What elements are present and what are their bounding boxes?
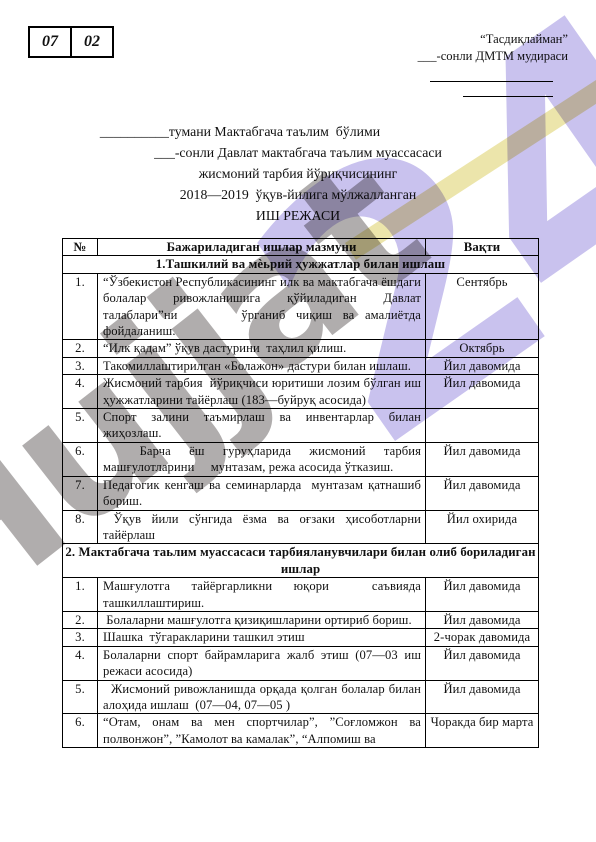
- table-row: 2.“Илк қадам” ўқув дастурини таҳлил қили…: [63, 340, 539, 357]
- row-content: “Ўзбекистон Республикасининг илк ва макт…: [98, 273, 426, 340]
- title-line-institution: ___-сонли Давлат мактабгача таълим муасс…: [0, 142, 596, 163]
- section-header-row: 1.Ташкилий ва мѐьрий ҳужжатлар билан ишл…: [63, 256, 539, 273]
- row-time: Чоракда бир марта: [426, 714, 539, 748]
- table-row: 5.Спорт залини таъмирлаш ва инвентарлар …: [63, 409, 539, 443]
- table-row: 6.“Отам, онам ва мен спортчилар”, ”Соғло…: [63, 714, 539, 748]
- work-plan-table: № Бажариладиган ишлар мазмуни Вақти 1.Та…: [62, 238, 539, 748]
- table-row: 5. Жисмоний ривожланишда орқада қолган б…: [63, 680, 539, 714]
- row-time: Йил давомида: [426, 476, 539, 510]
- row-time: Йил давомида: [426, 680, 539, 714]
- row-content: Болаларни машғулотга қизиқишларини ортир…: [98, 611, 426, 628]
- row-content: Такомиллаштирилган «Болажон» дастури бил…: [98, 357, 426, 374]
- row-number: 3.: [63, 357, 98, 374]
- table-row: 7.Педагогик кенгаш ва семинарларда мунта…: [63, 476, 539, 510]
- row-number: 1.: [63, 578, 98, 612]
- row-number: 4.: [63, 375, 98, 409]
- header-time: Вақти: [426, 239, 539, 256]
- row-number: 2.: [63, 340, 98, 357]
- title-line-year: 2018—2019 ўқув-йилига мўлжалланган: [0, 184, 596, 205]
- table-body: 1.Ташкилий ва мѐьрий ҳужжатлар билан ишл…: [63, 256, 539, 748]
- table-row: 2. Болаларни машғулотга қизиқишларини ор…: [63, 611, 539, 628]
- table-row: 1.“Ўзбекистон Республикасининг илк ва ма…: [63, 273, 539, 340]
- row-time: Йил давомида: [426, 357, 539, 374]
- table-row: 1.Машғулотга тайёргарликни юқори саъвияд…: [63, 578, 539, 612]
- row-content: “Отам, онам ва мен спортчилар”, ”Соғломж…: [98, 714, 426, 748]
- row-content: Жисмоний ривожланишда орқада қолган бола…: [98, 680, 426, 714]
- header-content: Бажариладиган ишлар мазмуни: [98, 239, 426, 256]
- row-content: Болаларни спорт байрамларига жалб этиш (…: [98, 646, 426, 680]
- row-number: 5.: [63, 680, 98, 714]
- document-page: 07 02 “Тасдиқлайман” ___-сонли ДМТМ муди…: [0, 0, 596, 842]
- row-content: Жисмоний тарбия йўриқчиси юритиши лозим …: [98, 375, 426, 409]
- section-header-row: 2. Мактабгача таьлим муассасаси тарбияла…: [63, 544, 539, 578]
- row-number: 8.: [63, 510, 98, 544]
- row-time: [426, 409, 539, 443]
- approval-line-2: ___-сонли ДМТМ мудираси: [418, 48, 568, 65]
- row-number: 5.: [63, 409, 98, 443]
- table-row: 3.Такомиллаштирилган «Болажон» дастури б…: [63, 357, 539, 374]
- signature-line-2: [463, 96, 553, 97]
- header-number: №: [63, 239, 98, 256]
- row-content: Педагогик кенгаш ва семинарларда мунтаза…: [98, 476, 426, 510]
- approval-line-1: “Тасдиқлайман”: [418, 31, 568, 48]
- row-time: Йил давомида: [426, 646, 539, 680]
- row-number: 3.: [63, 629, 98, 646]
- table-row: 6. Барча ёш гуруҳларида жисмоний тарбия …: [63, 442, 539, 476]
- table-row: 8. Ўқув йили сўнгида ёзма ва оғзаки ҳисо…: [63, 510, 539, 544]
- row-time: 2-чорак давомида: [426, 629, 539, 646]
- row-number: 6.: [63, 442, 98, 476]
- document-title-block: __________тумани Мактабгача таълим бўлим…: [0, 121, 596, 226]
- section-title: 1.Ташкилий ва мѐьрий ҳужжатлар билан ишл…: [63, 256, 539, 273]
- row-content: Машғулотга тайёргарликни юқори саъвияда …: [98, 578, 426, 612]
- row-content: “Илк қадам” ўқув дастурини таҳлил қилиш.: [98, 340, 426, 357]
- title-line-instructor: жисмоний тарбия йўриқчисининг: [0, 163, 596, 184]
- row-time: Йил давомида: [426, 375, 539, 409]
- row-number: 1.: [63, 273, 98, 340]
- row-number: 4.: [63, 646, 98, 680]
- row-number: 7.: [63, 476, 98, 510]
- row-number: 6.: [63, 714, 98, 748]
- document-code-box: 07 02: [28, 26, 114, 58]
- row-time: Сентябрь: [426, 273, 539, 340]
- signature-line-1: [430, 81, 553, 82]
- row-time: Йил давомида: [426, 442, 539, 476]
- title-line-district: __________тумани Мактабгача таълим бўлим…: [0, 121, 538, 142]
- row-content: Ўқув йили сўнгида ёзма ва оғзаки ҳисобот…: [98, 510, 426, 544]
- row-number: 2.: [63, 611, 98, 628]
- table-header-row: № Бажариладиган ишлар мазмуни Вақти: [63, 239, 539, 256]
- row-time: Йил охирида: [426, 510, 539, 544]
- row-content: Шашка тўгаракларини ташкил этиш: [98, 629, 426, 646]
- row-time: Октябрь: [426, 340, 539, 357]
- table-row: 4.Жисмоний тарбия йўриқчиси юритиши лози…: [63, 375, 539, 409]
- row-content: Спорт залини таъмирлаш ва инвентарлар би…: [98, 409, 426, 443]
- row-content: Барча ёш гуруҳларида жисмоний тарбия маш…: [98, 442, 426, 476]
- table-row: 4.Болаларни спорт байрамларига жалб этиш…: [63, 646, 539, 680]
- approval-block: “Тасдиқлайман” ___-сонли ДМТМ мудираси: [418, 31, 568, 64]
- row-time: Йил давомида: [426, 578, 539, 612]
- title-line-plan: ИШ РЕЖАСИ: [0, 205, 596, 226]
- section-title: 2. Мактабгача таьлим муассасаси тарбияла…: [63, 544, 539, 578]
- document-code-cell-2: 02: [70, 28, 112, 56]
- table-row: 3.Шашка тўгаракларини ташкил этиш2-чорак…: [63, 629, 539, 646]
- row-time: Йил давомида: [426, 611, 539, 628]
- document-code-cell-1: 07: [30, 28, 70, 56]
